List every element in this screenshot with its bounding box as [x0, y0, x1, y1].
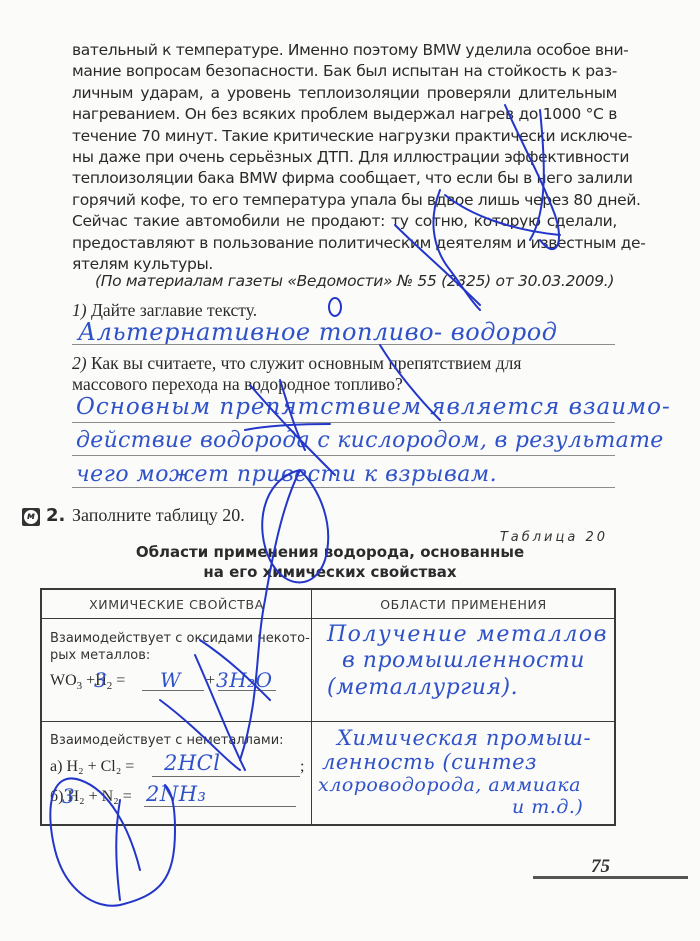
answer-blank: [152, 776, 300, 777]
property-text: Взаимодействует с неметаллами:: [50, 732, 284, 749]
answer-line: [72, 422, 615, 423]
question-2-cont: массового перехода на водородное топливо…: [72, 374, 403, 395]
handwritten-product[interactable]: 2HCl: [164, 751, 220, 775]
article-line: Сейчас такие автомобили не продают: ту с…: [72, 211, 617, 232]
table-title: на его химических свойствах: [40, 563, 620, 581]
article-line: теплоизоляции бака BMW фирма сообщает, ч…: [72, 168, 617, 189]
handwritten-application[interactable]: в промышленности: [342, 648, 585, 673]
page-number-rule: [533, 876, 688, 879]
answer-line: [72, 487, 615, 488]
column-header-applications: ОБЛАСТИ ПРИМЕНЕНИЯ: [313, 597, 614, 612]
handwritten-answer[interactable]: действие водорода с кислородом, в резуль…: [76, 428, 664, 453]
article-line: мание вопросам безопасности. Бак был исп…: [72, 61, 617, 82]
article-line: нагреванием. Он без всяких проблем выдер…: [72, 104, 617, 125]
handwritten-answer[interactable]: чего может привести к взрывам.: [76, 462, 497, 487]
property-text: Взаимодействует с оксидами некото-: [50, 630, 310, 647]
handwritten-application[interactable]: ленность (синтез: [322, 750, 537, 774]
properties-table: ХИМИЧЕСКИЕ СВОЙСТВА ОБЛАСТИ ПРИМЕНЕНИЯ В…: [40, 588, 616, 826]
header-divider: [42, 618, 614, 619]
article-line: вательный к температуре. Именно поэтому …: [72, 40, 617, 61]
workbook-page: вательный к температуре. Именно поэтому …: [0, 0, 700, 941]
task-text: Заполните таблицу 20.: [72, 505, 245, 526]
question-text: Как вы считаете, что служит основным пре…: [91, 353, 521, 373]
article-line: горячий кофе, то его температура упала б…: [72, 190, 617, 211]
page-number: 75: [591, 856, 610, 878]
method-badge-icon: м: [22, 508, 40, 526]
handwritten-product[interactable]: 2NH₃: [146, 782, 206, 806]
property-text: рых металлов:: [50, 647, 150, 664]
answer-line: [72, 455, 615, 456]
semicolon: ;: [300, 758, 304, 776]
question-2: 2) Как вы считаете, что служит основным …: [72, 353, 521, 374]
question-number: 1): [72, 300, 87, 320]
article-line: личным ударам, а уровень теплоизоляции п…: [72, 83, 617, 104]
column-divider: [311, 590, 312, 824]
handwritten-application[interactable]: Получение металлов: [327, 622, 608, 647]
handwritten-answer[interactable]: Основным препятствием является взаимо-: [76, 394, 671, 420]
answer-line: [72, 344, 615, 345]
handwritten-application[interactable]: (металлургия).: [327, 675, 518, 700]
handwritten-answer[interactable]: Альтернативное топливо- водород: [78, 318, 557, 346]
table-title: Области применения водорода, основанные: [40, 543, 620, 561]
handwritten-application[interactable]: хлороводорода, аммиака: [318, 774, 581, 796]
handwritten-coefficient[interactable]: 3: [94, 668, 107, 692]
article-text: вательный к температуре. Именно поэтому …: [72, 40, 617, 275]
question-text: Дайте заглавие тексту.: [91, 300, 257, 320]
handwritten-application[interactable]: и т.д.): [512, 796, 583, 818]
handwritten-product[interactable]: 3H₂O: [216, 668, 273, 692]
handwritten-coefficient[interactable]: 3: [62, 784, 75, 808]
question-number: 2): [72, 353, 87, 373]
task-number: 2.: [46, 505, 65, 526]
handwritten-application[interactable]: Химическая промыш-: [337, 726, 591, 750]
pen-stroke: [329, 298, 341, 316]
answer-blank: [144, 806, 296, 807]
handwritten-product[interactable]: W: [160, 668, 181, 692]
article-source: (По материалам газеты «Ведомости» № 55 (…: [95, 272, 615, 290]
row-divider: [42, 721, 614, 722]
reaction-a: а) H₂ + Cl₂ =: [50, 758, 134, 776]
article-line: предоставляют в пользование политическим…: [72, 233, 617, 254]
reaction-formula: WO3 +H2 =: [50, 672, 125, 692]
column-header-properties: ХИМИЧЕСКИЕ СВОЙСТВА: [42, 597, 311, 612]
plus-sign: +: [206, 672, 215, 690]
article-line: ны даже при очень серьёзных ДТП. Для илл…: [72, 147, 617, 168]
article-line: течение 70 минут. Такие критические нагр…: [72, 126, 617, 147]
